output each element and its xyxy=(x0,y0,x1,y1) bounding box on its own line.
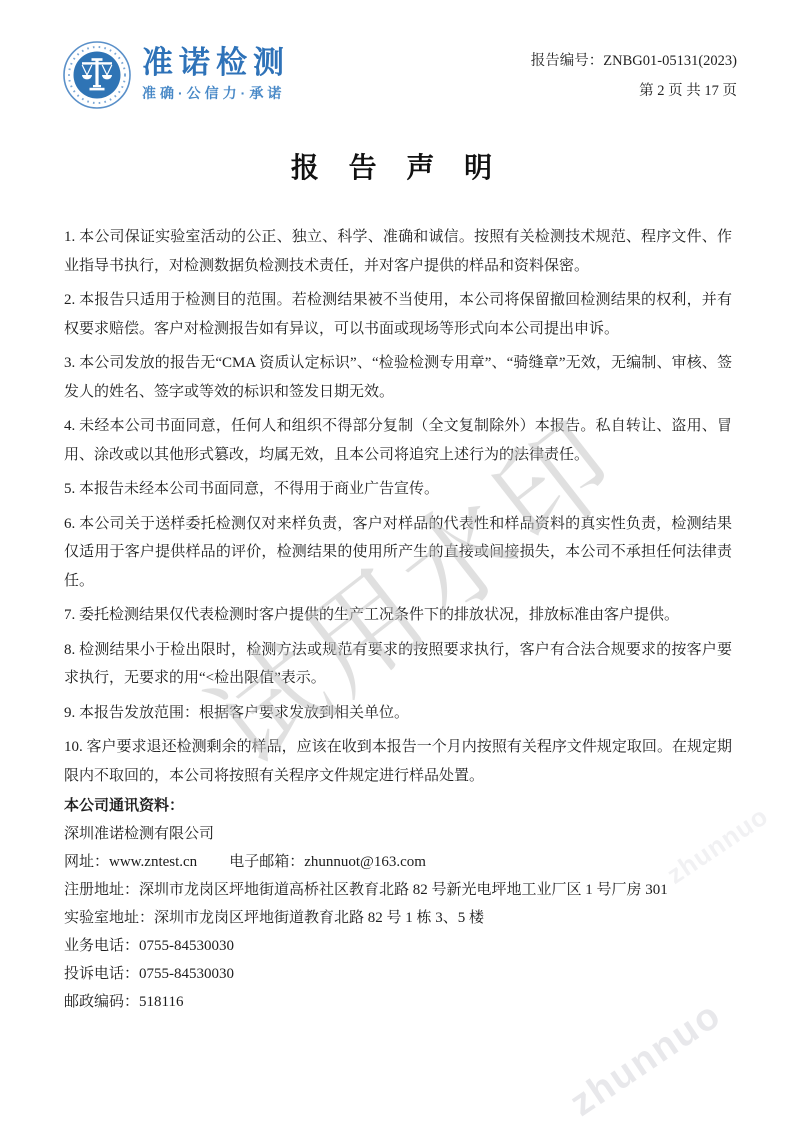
report-meta: 报告编号：ZNBG01-05131(2023) 第 2 页 共 17 页 xyxy=(531,46,737,106)
contact-lab-address: 实验室地址：深圳市龙岗区坪地街道教育北路 82 号 1 栋 3、5 楼 xyxy=(64,904,732,932)
page-title: 报 告 声 明 xyxy=(0,146,794,186)
contact-heading: 本公司通讯资料： xyxy=(64,792,732,820)
statement-8: 8. 检测结果小于检出限时，检测方法或规范有要求的按照要求执行，客户有合法合规要… xyxy=(64,636,732,693)
contact-postal-code: 邮政编码：518116 xyxy=(64,988,732,1016)
report-number: 报告编号：ZNBG01-05131(2023) xyxy=(531,46,737,76)
statement-6: 6. 本公司关于送样委托检测仅对来样负责，客户对样品的代表性和样品资料的真实性负… xyxy=(64,510,732,596)
logo-text-block: 准诺检测 准确·公信力·承诺 xyxy=(142,47,290,104)
website-label: 网址： xyxy=(64,854,109,870)
contact-web-email-row: 网址：www.zntest.cn电子邮箱：zhunnuot@163.com xyxy=(64,848,732,876)
contact-business-phone: 业务电话：0755-84530030 xyxy=(64,932,732,960)
statement-1: 1. 本公司保证实验室活动的公正、独立、科学、准确和诚信。按照有关检测技术规范、… xyxy=(64,223,732,280)
contact-block: 本公司通讯资料： 深圳准诺检测有限公司 网址：www.zntest.cn电子邮箱… xyxy=(64,792,732,1016)
statement-5: 5. 本报告未经本公司书面同意，不得用于商业广告宣传。 xyxy=(64,475,732,504)
logo-tagline: 准确·公信力·承诺 xyxy=(142,83,290,103)
company-logo: 准诺检测 准确·公信力·承诺 xyxy=(62,40,290,110)
website-value: www.zntest.cn xyxy=(109,854,197,870)
email-value: zhunnuot@163.com xyxy=(304,854,426,870)
statement-10: 10. 客户要求退还检测剩余的样品，应该在收到本报告一个月内按照有关程序文件规定… xyxy=(64,733,732,790)
statement-list: 1. 本公司保证实验室活动的公正、独立、科学、准确和诚信。按照有关检测技术规范、… xyxy=(64,223,732,796)
statement-2: 2. 本报告只适用于检测目的范围。若检测结果被不当使用，本公司将保留撤回检测结果… xyxy=(64,286,732,343)
page-number: 第 2 页 共 17 页 xyxy=(531,76,737,106)
contact-company: 深圳准诺检测有限公司 xyxy=(64,820,732,848)
email-label: 电子邮箱： xyxy=(229,854,304,870)
statement-7: 7. 委托检测结果仅代表检测时客户提供的生产工况条件下的排放状况，排放标准由客户… xyxy=(64,601,732,630)
report-page: 准诺检测 准确·公信力·承诺 报告编号：ZNBG01-05131(2023) 第… xyxy=(0,0,794,1122)
contact-registered-address: 注册地址：深圳市龙岗区坪地街道高桥社区教育北路 82 号新光电坪地工业厂区 1 … xyxy=(64,876,732,904)
statement-4: 4. 未经本公司书面同意，任何人和组织不得部分复制（全文复制除外）本报告。私自转… xyxy=(64,412,732,469)
contact-complaint-phone: 投诉电话：0755-84530030 xyxy=(64,960,732,988)
statement-3: 3. 本公司发放的报告无“CMA 资质认定标识”、“检验检测专用章”、“骑缝章”… xyxy=(64,349,732,406)
statement-9: 9. 本报告发放范围：根据客户要求发放到相关单位。 xyxy=(64,699,732,728)
logo-company-name: 准诺检测 xyxy=(142,47,290,80)
balance-scale-seal-icon xyxy=(62,40,132,110)
